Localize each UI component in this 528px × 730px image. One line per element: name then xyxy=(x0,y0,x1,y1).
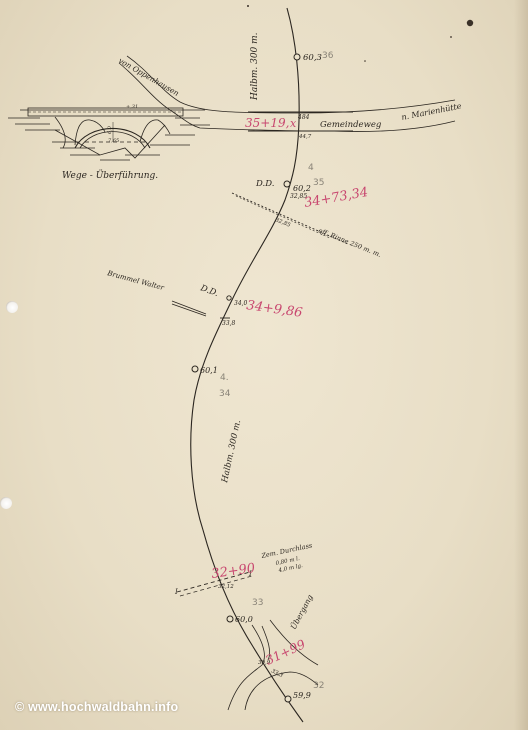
middle-station-label: 34+9,86 xyxy=(245,298,303,321)
arrow-marker xyxy=(172,301,206,316)
crossing-path-1 xyxy=(228,625,264,710)
upper-level2-label: 32,85 xyxy=(274,217,291,229)
station-marker-s33: 60,0 33 xyxy=(227,598,263,624)
scanned-document-page: 60,3 36 60,2 4 35 60,1 4. 34 60,0 33 59,… xyxy=(0,0,528,730)
svg-text:4.: 4. xyxy=(220,373,229,383)
culvert-label: Zem. Durchlass xyxy=(260,541,314,560)
lower-radius-label: Halbm. 300 m. xyxy=(220,419,243,484)
middle-level2-label: 33,8 xyxy=(222,320,236,327)
station-marker-s32: 59,9 32 xyxy=(285,681,324,702)
to-road-label: n. Marienhütte xyxy=(401,101,463,122)
svg-text:+,31: +,31 xyxy=(126,104,138,110)
crossing-marker: x xyxy=(290,117,297,130)
bridge-sketch: +,31 7,65 6,0 xyxy=(8,104,210,160)
station-marker-s35: 60,2 4 35 xyxy=(284,163,324,193)
culvert-station-label: 32+90 xyxy=(210,561,256,582)
svg-text:59,9: 59,9 xyxy=(293,691,311,700)
trench-label: off. Rinne 250 m. m. xyxy=(317,226,382,258)
svg-text:I: I xyxy=(174,588,178,596)
upper-radius-label: Halbm. 300 m. xyxy=(250,32,260,101)
svg-text:35: 35 xyxy=(313,178,324,188)
svg-text:60,3: 60,3 xyxy=(303,53,322,63)
track-plan-drawing: 60,3 36 60,2 4 35 60,1 4. 34 60,0 33 59,… xyxy=(0,0,528,730)
road-edge-upper xyxy=(127,56,455,113)
svg-text:36: 36 xyxy=(322,51,334,61)
elevation-bottom: 44,7 xyxy=(298,134,312,140)
culvert-level-label: 32,12 xyxy=(218,584,234,590)
crossing-road-label: Gemeindeweg xyxy=(320,120,382,130)
upper-dd-label: D.D. xyxy=(255,179,274,189)
uebergang-label: Übergang xyxy=(289,593,315,631)
upper-station-label: 34+73,34 xyxy=(303,185,369,211)
ink-blot xyxy=(467,20,473,26)
svg-text:33: 33 xyxy=(252,598,263,608)
svg-text:7,65: 7,65 xyxy=(108,138,119,144)
watermark: © www.hochwaldbahn.info xyxy=(15,700,178,714)
crossing-station-label: 35+19, xyxy=(245,116,289,130)
middle-dd-label: D.D. xyxy=(198,283,220,299)
svg-text:60,2: 60,2 xyxy=(293,184,311,193)
elevation-top: 484 xyxy=(297,114,310,121)
station-marker-s36: 60,3 36 xyxy=(294,51,334,63)
svg-text:4: 4 xyxy=(308,163,314,173)
lower-station-label: 31+99 xyxy=(263,636,308,667)
svg-text:60,1: 60,1 xyxy=(200,366,218,375)
svg-text:6,0: 6,0 xyxy=(107,125,113,134)
svg-text:34: 34 xyxy=(219,389,231,399)
svg-text:60,0: 60,0 xyxy=(235,615,253,624)
bridge-caption: Wege - Überführung. xyxy=(62,169,158,181)
brick-label: Brummel Walter xyxy=(106,269,166,292)
